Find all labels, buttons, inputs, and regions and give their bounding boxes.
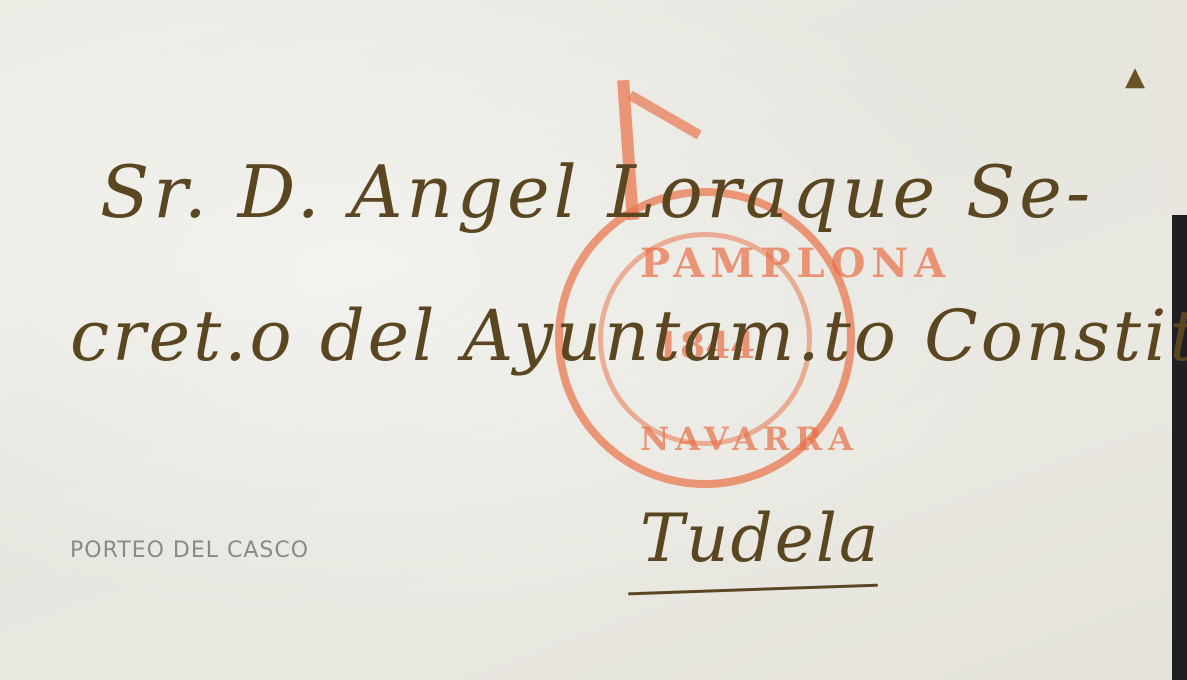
postmark-bottom-text: NAVARRA [640,420,859,458]
pencil-note: PORTEO DEL CASCO [70,538,309,563]
postmark-top-text: PAMPLONA [640,240,951,287]
address-line-2: cret.o del Ayuntam.to Constit.l de [70,295,1187,377]
corner-ink-mark-icon: ▲ [1125,62,1145,92]
address-line-1: Sr. D. Angel Loraque Se- [100,150,1094,234]
paper-edge [1162,0,1187,215]
address-line-3: Tudela [640,500,880,577]
